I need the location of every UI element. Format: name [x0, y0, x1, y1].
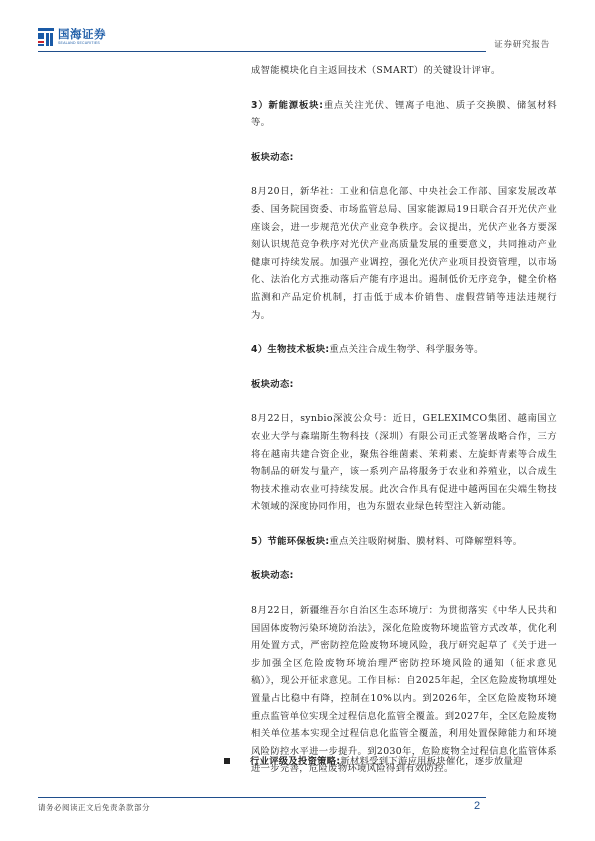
- section-new-energy: 3）新能源板块:重点关注光伏、锂离子电池、质子交换膜、储氢材料等。: [251, 97, 557, 132]
- main-content: 成智能模块化自主返回技术（SMART）的关键设计评审。 3）新能源板块:重点关注…: [251, 62, 557, 778]
- section-title: 5）节能环保板块:: [251, 536, 329, 547]
- strategy-title: 行业评级及投资策略:: [250, 756, 340, 767]
- section-biotech: 4）生物技术板块:重点关注合成生物学、科学服务等。: [251, 341, 557, 359]
- intro-paragraph-tail: 成智能模块化自主返回技术（SMART）的关键设计评审。: [251, 62, 557, 80]
- header-divider: [38, 51, 486, 52]
- dynamics-paragraph: 8月22日，新疆维吾尔自治区生态环境厅：为贯彻落实《中华人民共和国固体废物污染环…: [251, 602, 557, 778]
- square-bullet-icon: [224, 758, 230, 764]
- dynamics-label: 板块动态:: [251, 149, 557, 167]
- dynamics-paragraph: 8月22日，synbio深波公众号：近日，GELEXIMCO集团、越南国立农业大…: [251, 410, 557, 516]
- logo-english-name: SEALAND SECURITIES: [58, 42, 106, 46]
- page-header: 国海证券 SEALAND SECURITIES 证券研究报告: [38, 26, 486, 54]
- dynamics-paragraph: 8月20日，新华社：工业和信息化部、中央社会工作部、国家发展改革委、国务院国资委…: [251, 183, 557, 324]
- section-title: 4）生物技术板块:: [251, 344, 329, 355]
- page-number: 2: [474, 800, 480, 812]
- company-logo: 国海证券 SEALAND SECURITIES: [38, 26, 106, 48]
- dynamics-label: 板块动态:: [251, 376, 557, 394]
- footer-divider: [38, 797, 486, 798]
- strategy-text: 新材料受到下游应用板块催化，逐步放量迎: [340, 756, 522, 767]
- section-environmental: 5）节能环保板块:重点关注吸附树脂、膜材料、可降解塑料等。: [251, 533, 557, 551]
- report-type-label: 证券研究报告: [494, 38, 550, 50]
- disclaimer-note: 请务必阅读正文后免责条款部分: [38, 802, 150, 813]
- section-title: 3）新能源板块:: [251, 100, 323, 111]
- dynamics-label: 板块动态:: [251, 567, 557, 585]
- section-focus: 重点关注吸附树脂、膜材料、可降解塑料等。: [329, 536, 522, 547]
- investment-strategy: 行业评级及投资策略:新材料受到下游应用板块催化，逐步放量迎: [224, 753, 564, 770]
- logo-mark-icon: [38, 28, 54, 46]
- logo-chinese-name: 国海证券: [58, 29, 106, 41]
- section-focus: 重点关注合成生物学、科学服务等。: [329, 344, 483, 355]
